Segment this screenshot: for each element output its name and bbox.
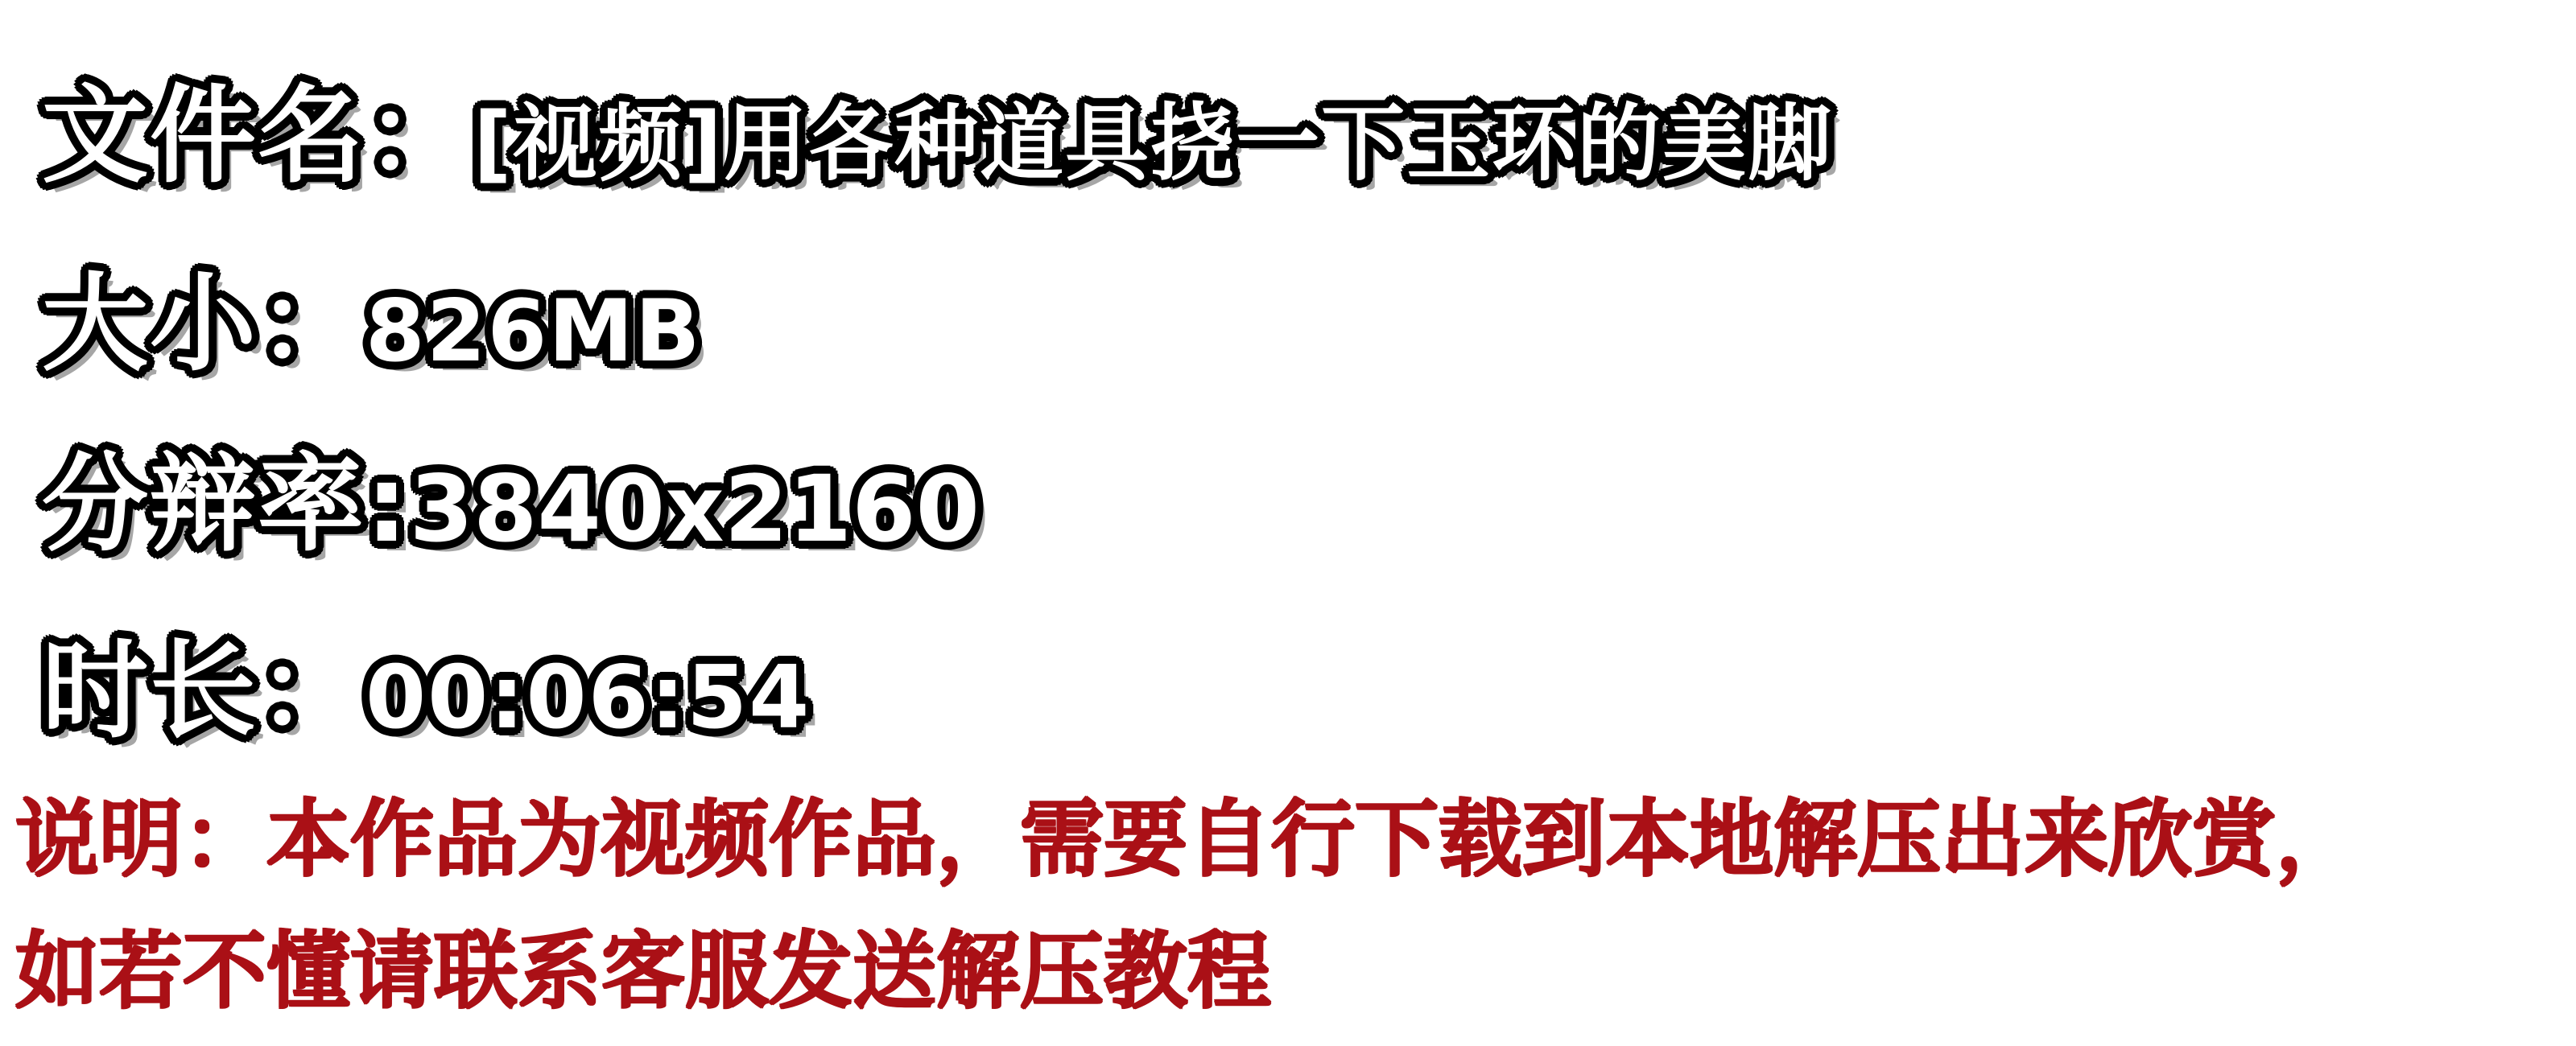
duration-value: 00:06:54	[365, 648, 811, 748]
filename-value: [视频]用各种道具挠一下玉环的美脚	[473, 94, 1833, 192]
field-row-duration: 时长：00:06:54	[42, 605, 811, 758]
field-row-resolution: 分辩率:3840x2160	[42, 418, 980, 571]
size-value: 826MB	[365, 282, 702, 381]
resolution-label: 分辩率:	[42, 443, 410, 566]
notice-line-2: 如若不懂请联系客服发送解压教程	[14, 903, 1270, 1023]
notice-line-1: 说明：本作品为视频作品，需要自行下载到本地解压出来欣赏，	[14, 771, 2359, 892]
field-row-filename: 文件名：[视频]用各种道具挠一下玉环的美脚	[42, 50, 1833, 203]
field-row-size: 大小：826MB	[42, 238, 702, 391]
file-info-card: 文件名：[视频]用各种道具挠一下玉环的美脚 大小：826MB 分辩率:3840x…	[0, 0, 2576, 1046]
resolution-value: 3840x2160	[410, 455, 980, 562]
filename-label: 文件名：	[42, 74, 473, 198]
size-label: 大小：	[42, 262, 365, 386]
duration-label: 时长：	[42, 629, 365, 753]
